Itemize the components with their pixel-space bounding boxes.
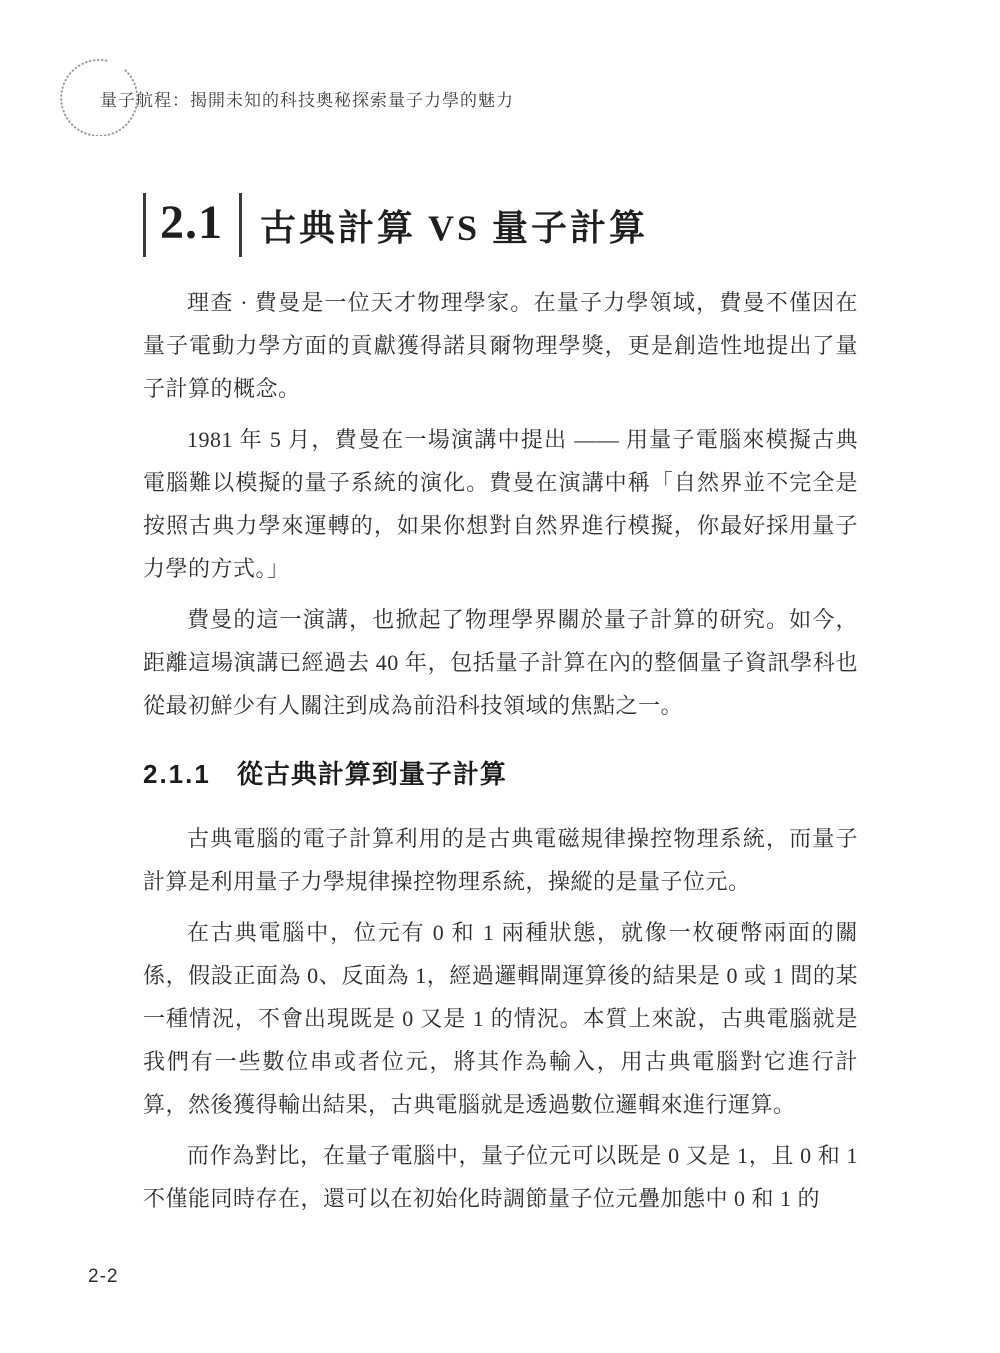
book-page: 量子航程：揭開未知的科技奧秘探索量子力學的魅力 2.1 古典計算 VS 量子計算… xyxy=(0,0,1000,1353)
paragraph-body-2: 在古典電腦中，位元有 0 和 1 兩種狀態，就像一枚硬幣兩面的關係，假設正面為 … xyxy=(143,911,858,1126)
subsection-number: 2.1.1 xyxy=(143,759,211,789)
subsection-heading: 2.1.1從古典計算到量子計算 xyxy=(143,757,858,791)
section-title: 古典計算 VS 量子計算 xyxy=(260,200,648,251)
paragraph-body-1: 古典電腦的電子計算利用的是古典電磁規律操控物理系統，而量子計算是利用量子力學規律… xyxy=(143,817,858,903)
page-number: 2-2 xyxy=(88,1266,118,1288)
main-content: 2.1 古典計算 VS 量子計算 理查 · 費曼是一位天才物理學家。在量子力學領… xyxy=(143,193,858,1220)
section-heading: 2.1 古典計算 VS 量子計算 xyxy=(143,193,858,257)
paragraph-body-3: 而作為對比，在量子電腦中，量子位元可以既是 0 又是 1，且 0 和 1 不僅能… xyxy=(143,1134,858,1220)
section-number: 2.1 xyxy=(143,193,242,257)
paragraph-intro-1: 理查 · 費曼是一位天才物理學家。在量子力學領域，費曼不僅因在量子電動力學方面的… xyxy=(143,281,858,410)
book-title: 量子航程：揭開未知的科技奧秘探索量子力學的魅力 xyxy=(100,86,514,111)
subsection-title: 從古典計算到量子計算 xyxy=(237,759,507,789)
paragraph-intro-2: 1981 年 5 月，費曼在一場演講中提出 —— 用量子電腦來模擬古典電腦難以模… xyxy=(143,418,858,590)
paragraph-intro-3: 費曼的這一演講，也掀起了物理學界關於量子計算的研究。如今，距離這場演講已經過去 … xyxy=(143,598,858,727)
